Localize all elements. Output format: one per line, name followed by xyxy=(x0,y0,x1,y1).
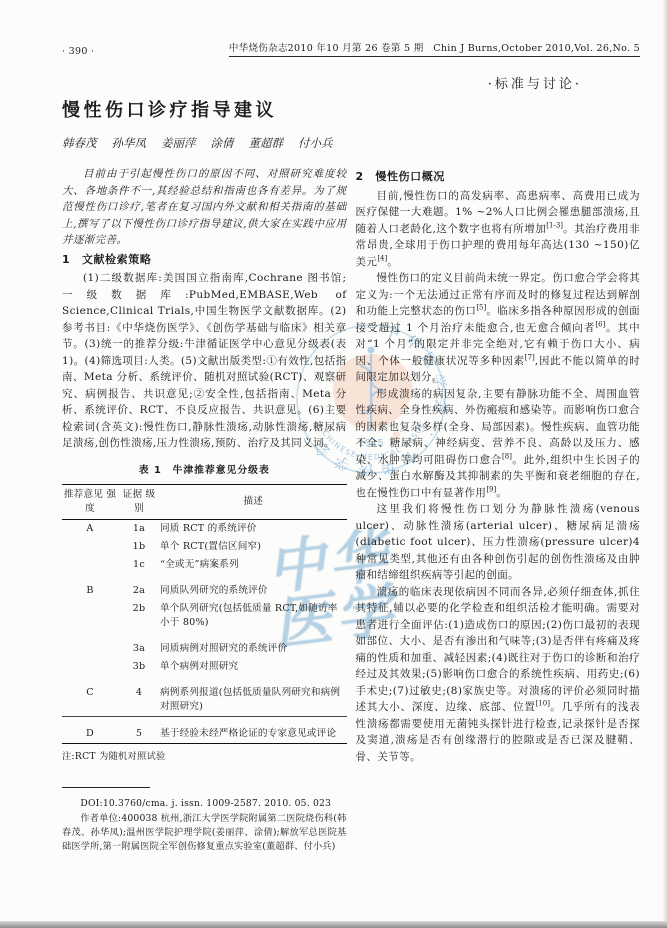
cell-description: 同质队列研究的系统评价 xyxy=(160,574,347,600)
page-edge-bottom xyxy=(0,921,667,928)
left-column: 目前由于引起慢性伤口的原因不同、对照研究难度较大、各地条件不一,其经验总结和指南… xyxy=(62,166,347,854)
paragraph: 溃疡的临床表现依病因不同而各异,必须仔细查体,抓住其特征,辅以必要的化学检查和组… xyxy=(356,584,641,766)
cell-strength: D xyxy=(62,717,118,744)
section1-body: (1)二级数据库:美国国立指南库,Cochrane 图书馆; 一级数据库:Pub… xyxy=(62,270,347,452)
cell-strength xyxy=(62,658,118,676)
section2-heading: 2 慢性伤口概况 xyxy=(356,169,641,186)
author-name: 孙华凤 xyxy=(112,136,147,150)
table-row: D5基于经验未经严格论证的专家意见或评论 xyxy=(62,717,347,744)
author-name: 涂倩 xyxy=(211,136,234,150)
table-row: B2a同质队列研究的系统评价 xyxy=(62,574,347,600)
first-page-footnote: DOI:10.3760/cma. j. issn. 1009-2587. 201… xyxy=(62,787,347,854)
cell-strength xyxy=(62,538,118,556)
author-name: 姜丽萍 xyxy=(161,136,196,150)
table-row: C4病例系列报道(包括低质量队列研究和病例对照研究) xyxy=(62,676,347,716)
page-number: · 390 · xyxy=(62,46,94,57)
header-description: 描述 xyxy=(160,485,347,520)
cell-level: 1a xyxy=(118,519,160,538)
oxford-grading-table: 推荐意见 强度 证据 级别 描述 A1a同质 RCT 的系统评价1b单个 RCT… xyxy=(62,484,347,744)
reference-marker: [6] xyxy=(595,320,605,328)
reference-marker: [9] xyxy=(486,485,496,493)
cell-description: 同质病例对照研究的系统评价 xyxy=(160,632,347,658)
reference-marker: [10] xyxy=(536,700,550,708)
journal-citation: 中华烧伤杂志2010 年10 月第 26 卷第 5 期 Chin J Burns… xyxy=(229,40,640,57)
author-name: 付小兵 xyxy=(298,136,333,150)
cell-level: 5 xyxy=(118,717,160,744)
table-row: 1c“全或无”病案系列 xyxy=(62,556,347,574)
cell-level: 2b xyxy=(118,600,160,632)
reference-marker: [4] xyxy=(377,254,387,262)
reference-marker: [7] xyxy=(525,353,535,361)
cell-level: 1c xyxy=(118,556,160,574)
section2-paragraphs: 目前,慢性伤口的高发病率、高患病率、高费用已成为医疗保健一大难题。1% ~2%人… xyxy=(356,188,641,766)
reference-marker: [1-3] xyxy=(546,221,563,229)
table-row: 1b单个 RCT(置信区间窄) xyxy=(62,538,347,556)
cell-level: 2a xyxy=(118,574,160,600)
cell-level: 3b xyxy=(118,658,160,676)
table-row: 3a同质病例对照研究的系统评价 xyxy=(62,632,347,658)
cell-strength: A xyxy=(62,519,118,538)
running-head: · 390 · 中华烧伤杂志2010 年10 月第 26 卷第 5 期 Chin… xyxy=(62,40,640,57)
table1-caption: 表 1 牛津推荐意见分级表 xyxy=(62,463,347,480)
cell-level: 3a xyxy=(118,632,160,658)
table-row: A1a同质 RCT 的系统评价 xyxy=(62,519,347,538)
cell-description: 基于经验未经严格论证的专家意见或评论 xyxy=(160,717,347,744)
table-row: 2b单个队列研究(包括低质量 RCT,如随访率小于 80%) xyxy=(62,600,347,632)
cell-description: 单个病例对照研究 xyxy=(160,658,347,676)
reference-marker: [8] xyxy=(502,452,512,460)
cell-description: 病例系列报道(包括低质量队列研究和病例对照研究) xyxy=(160,676,347,716)
author-name: 董超群 xyxy=(249,136,284,150)
reference-marker: [5] xyxy=(476,304,486,312)
author-list: 韩春茂孙华凤姜丽萍涂倩董超群付小兵 xyxy=(62,135,640,151)
paragraph: 这里我们将慢性伤口划分为静脉性溃疡(venous ulcer)、动脉性溃疡(ar… xyxy=(356,501,641,584)
table1-header: 推荐意见 强度 证据 级别 描述 xyxy=(62,485,347,520)
cell-description: 同质 RCT 的系统评价 xyxy=(160,519,347,538)
cell-description: 单个 RCT(置信区间窄) xyxy=(160,538,347,556)
cell-strength xyxy=(62,556,118,574)
table1-note: 注:RCT 为随机对照试验 xyxy=(62,749,347,766)
column-section-marker: ·标准与讨论· xyxy=(62,73,640,92)
footnote-rule xyxy=(62,787,150,788)
header-strength: 推荐意见 强度 xyxy=(62,485,118,520)
cell-level: 4 xyxy=(118,676,160,716)
right-column: 2 慢性伤口概况 目前,慢性伤口的高发病率、高患病率、高费用已成为医疗保健一大难… xyxy=(356,166,641,854)
cell-strength xyxy=(62,632,118,658)
intro-paragraph: 目前由于引起慢性伤口的原因不同、对照研究难度较大、各地条件不一,其经验总结和指南… xyxy=(62,166,347,249)
cell-description: “全或无”病案系列 xyxy=(160,556,347,574)
author-name: 韩春茂 xyxy=(62,136,97,150)
section1-heading: 1 文献检索策略 xyxy=(62,252,347,269)
table-row: 3b单个病例对照研究 xyxy=(62,658,347,676)
table1-body: A1a同质 RCT 的系统评价1b单个 RCT(置信区间窄)1c“全或无”病案系… xyxy=(62,519,347,743)
cell-strength xyxy=(62,600,118,632)
page-edge-right xyxy=(662,0,667,928)
affiliation-line: 作者单位:400038 杭州,浙江大学医学院附属第二医院烧伤科(韩春茂、孙华凤)… xyxy=(62,812,347,855)
paragraph: 形成溃疡的病因复杂,主要有静脉功能不全、周围血管性疾病、全身性疾病、外伤瘢痕和感… xyxy=(356,386,641,502)
cell-strength: B xyxy=(62,574,118,600)
header-level: 证据 级别 xyxy=(118,485,160,520)
cell-description: 单个队列研究(包括低质量 RCT,如随访率小于 80%) xyxy=(160,600,347,632)
journal-page: 中华医学会 · 中华医学会 · CHINESE MEDICAL ASSOCIAT… xyxy=(0,0,667,928)
article-title: 慢性伤口诊疗指导建议 xyxy=(62,96,640,122)
paragraph: 慢性伤口的定义目前尚未统一界定。伤口愈合学会将其定义为:一个无法通过正常有序而及… xyxy=(356,270,641,386)
paragraph: 目前,慢性伤口的高发病率、高患病率、高费用已成为医疗保健一大难题。1% ~2%人… xyxy=(356,188,641,271)
doi-line: DOI:10.3760/cma. j. issn. 1009-2587. 201… xyxy=(62,797,347,811)
cell-strength: C xyxy=(62,676,118,716)
cell-level: 1b xyxy=(118,538,160,556)
